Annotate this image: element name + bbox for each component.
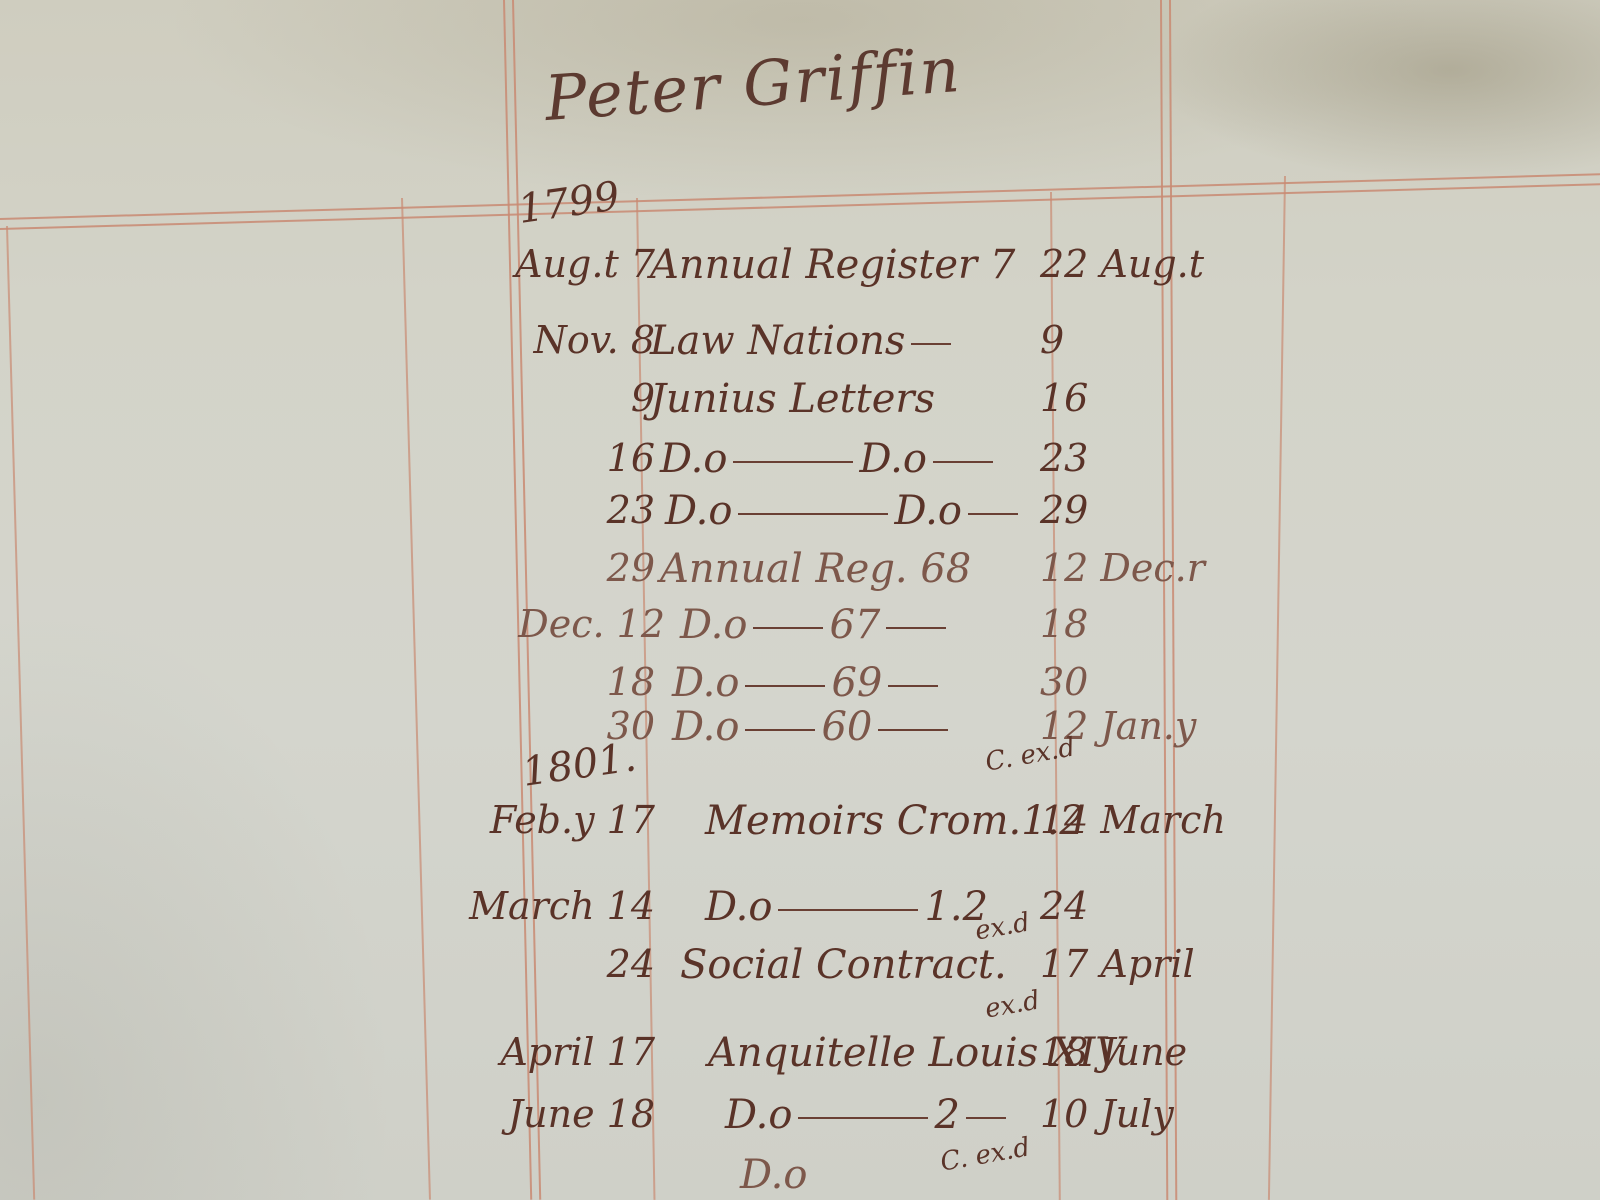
year-marker-1799: 1799 [515, 173, 622, 233]
entry-title: D.o2 [725, 1092, 1012, 1138]
header-rule-top [0, 173, 1600, 220]
entry-title: D.o [740, 1152, 807, 1198]
entry-title: D.o60 [672, 704, 954, 750]
ledger-entry: Feb.y 17 Memoirs Crom.1.2 14 March [0, 798, 1600, 854]
ledger-entry: April 17 Anquitelle Louis XIV 18 June [0, 1030, 1600, 1086]
entry-date-out: 16 [607, 436, 655, 480]
entry-date-returned: 22 Aug.t [1040, 242, 1204, 286]
entry-date-returned: 16 [1040, 376, 1088, 420]
entry-date-returned: 9 [1040, 318, 1064, 362]
entry-date-out: Feb.y 17 [490, 798, 655, 842]
entry-date-out: Dec. 12 [518, 602, 665, 646]
entry-date-returned: 18 [1040, 602, 1088, 646]
entry-date-returned: 17 April [1040, 942, 1195, 986]
entry-title: D.oD.o [660, 436, 999, 482]
entry-date-out: 29 [607, 546, 655, 590]
entry-title: D.o1.2 [705, 884, 988, 930]
entry-date-out: 24 [607, 942, 655, 986]
ledger-entry: Dec. 12 D.o67 18 [0, 602, 1600, 658]
entry-date-out: April 17 [500, 1030, 655, 1074]
ledger-entry: 24 Social Contract. 17 April [0, 942, 1600, 998]
entry-date-out: March 14 [469, 884, 655, 928]
ledger-entry: 9 Junius Letters 16 [0, 376, 1600, 432]
borrower-name-heading: Peter Griffin [542, 33, 963, 135]
entry-title: Social Contract. [680, 942, 1007, 988]
entry-date-out: 18 [607, 660, 655, 704]
entry-date-returned: 30 [1040, 660, 1088, 704]
entry-title: Annual Register 7 [650, 242, 1015, 288]
entry-date-out: Aug.t 7 [515, 242, 655, 286]
entry-date-returned: 10 July [1040, 1092, 1174, 1136]
entry-date-returned: 12 Dec.r [1040, 546, 1205, 590]
ledger-entry: Aug.t 7 Annual Register 7 22 Aug.t [0, 242, 1600, 298]
entry-title: D.o69 [672, 660, 944, 706]
entry-date-out: 23 [607, 488, 655, 532]
entry-date-returned: 29 [1040, 488, 1088, 532]
entry-date-returned: 14 March [1040, 798, 1226, 842]
ledger-entry: Nov. 8 Law Nations 9 [0, 318, 1600, 374]
ledger-page: Peter Griffin 1799 Aug.t 7 Annual Regist… [0, 0, 1600, 1200]
ledger-entry: March 14 D.o1.2 24 [0, 884, 1600, 940]
entry-title: Law Nations [650, 318, 957, 364]
entry-title: D.o67 [680, 602, 952, 648]
entry-date-out: Nov. 8 [534, 318, 655, 362]
entry-date-out: June 18 [508, 1092, 655, 1136]
entry-title: D.oD.o [665, 488, 1024, 534]
entry-date-returned: 18 June [1040, 1030, 1187, 1074]
ledger-entry: 29 Annual Reg. 68 12 Dec.r [0, 546, 1600, 602]
entry-title: Memoirs Crom.1.2 [705, 798, 1085, 844]
ledger-entry: 30 D.o60 12 Jan.y [0, 704, 1600, 760]
ledger-entry: 16 D.oD.o 23 [0, 436, 1600, 492]
ledger-entry: D.o [0, 1152, 1600, 1200]
entry-date-returned: 23 [1040, 436, 1088, 480]
header-rule-bottom [0, 183, 1600, 230]
ledger-entry: June 18 D.o2 10 July [0, 1092, 1600, 1148]
entry-title: Annual Reg. 68 [660, 546, 971, 592]
entry-title: Junius Letters [650, 376, 935, 422]
entry-date-returned: 24 [1040, 884, 1088, 928]
ledger-entry: 23 D.oD.o 29 [0, 488, 1600, 544]
